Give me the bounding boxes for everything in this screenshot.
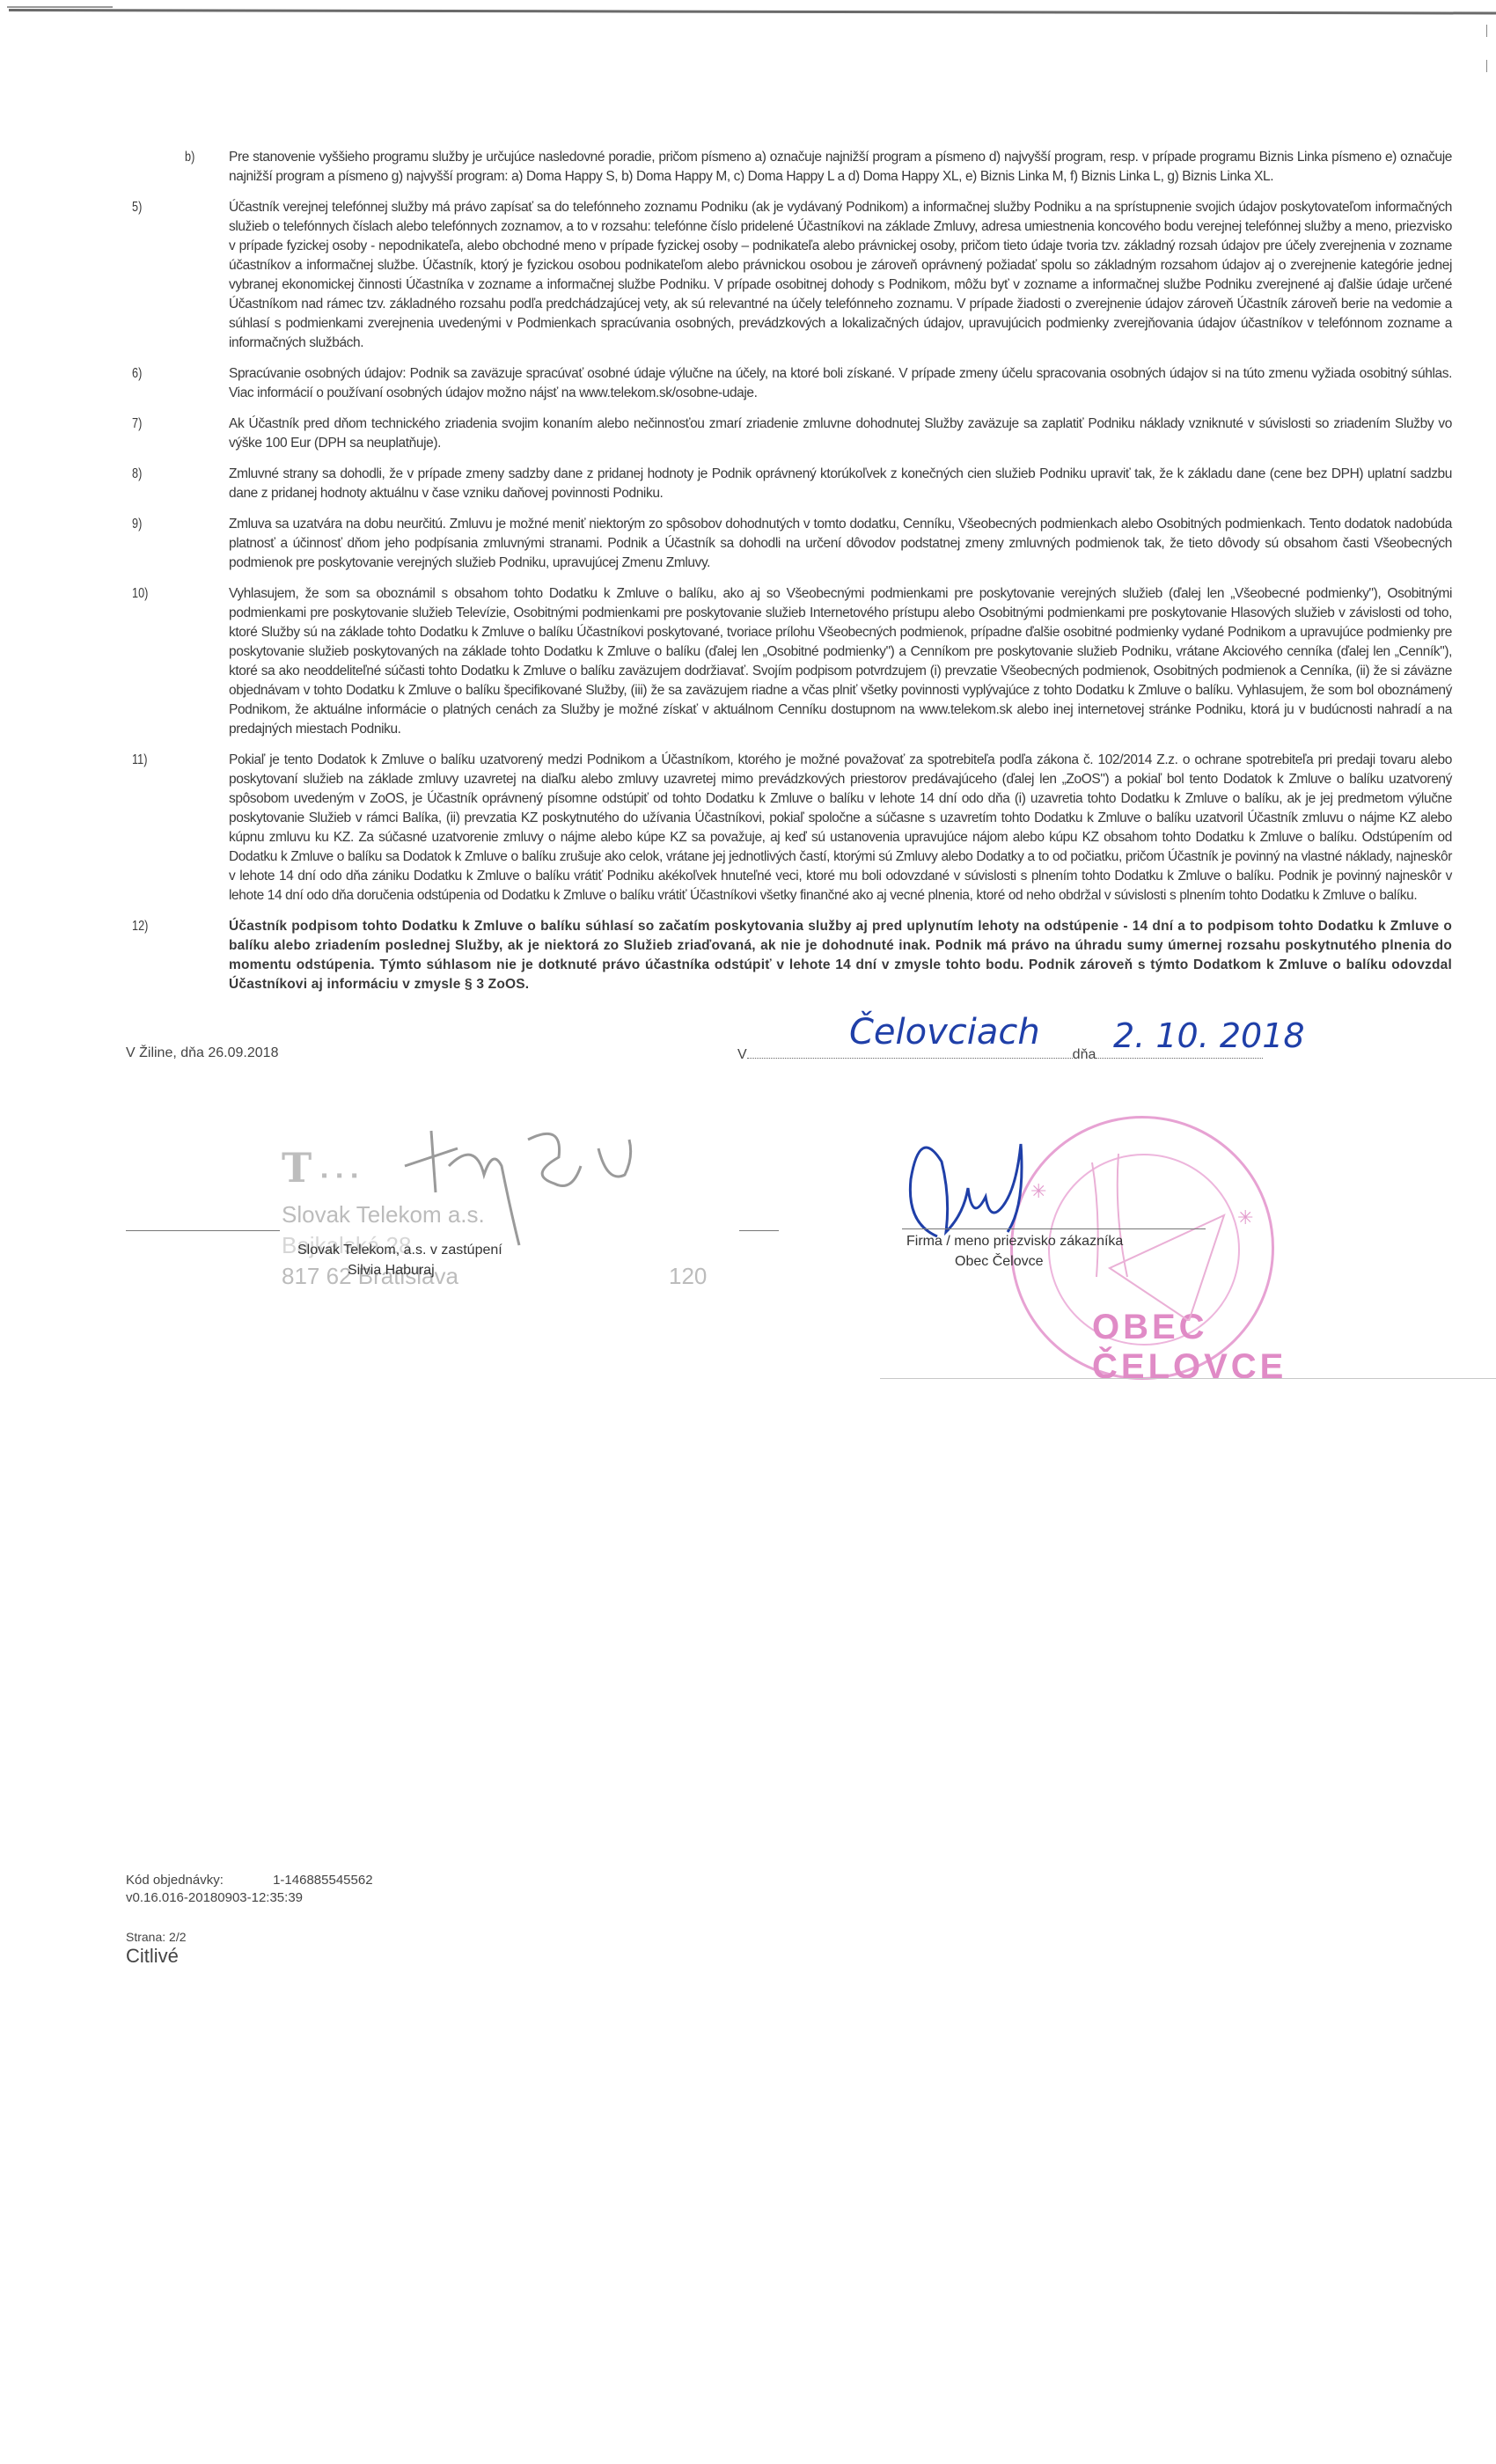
terms-list: 5)Účastník verejnej telefónnej služby má… <box>132 198 1452 994</box>
provider-handwritten-signature <box>396 1113 713 1254</box>
order-code-label: Kód objednávky: <box>126 1873 224 1888</box>
customer-signature-label: Firma / meno priezvisko zákazníka <box>906 1234 1123 1250</box>
provider-stamp-number: 120 <box>669 1263 707 1290</box>
item-text: Pre stanovenie vyššieho programu služby … <box>229 148 1452 187</box>
item-label: 7) <box>132 414 211 453</box>
telekom-logo-icon: T <box>282 1144 312 1192</box>
terms-item: 5)Účastník verejnej telefónnej služby má… <box>132 198 1452 353</box>
document-version: v0.16.016-20180903-12:35:39 <box>126 1890 303 1905</box>
item-text: Ak Účastník pred dňom technického zriade… <box>229 414 1452 453</box>
date-label: dňa <box>1073 1047 1096 1062</box>
terms-item: 6)Spracúvanie osobných údajov: Podnik sa… <box>132 364 1452 403</box>
terms-item: 12)Účastník podpisom tohto Dodatku k Zml… <box>132 917 1452 994</box>
terms-item: 11)Pokiaľ je tento Dodatok k Zmluve o ba… <box>132 751 1452 906</box>
terms-item: 9)Zmluva sa uzatvára na dobu neurčitú. Z… <box>132 515 1452 573</box>
stamp-wheat-emblem-icon <box>1057 1145 1233 1321</box>
contract-terms: b) Pre stanovenie vyššieho programu služ… <box>132 148 1452 1006</box>
provider-place-date: V Žiline, dňa 26.09.2018 <box>126 1045 278 1061</box>
scan-edge-tick <box>1486 60 1487 72</box>
place-prefix: V <box>737 1047 747 1062</box>
scan-top-border <box>9 9 1496 15</box>
item-text: Spracúvanie osobných údajov: Podnik sa z… <box>229 364 1452 403</box>
customer-name: Obec Čelovce <box>955 1254 1044 1270</box>
item-label: b) <box>185 148 221 187</box>
item-label: 9) <box>132 515 211 573</box>
terms-item: 8)Zmluvné strany sa dohodli, že v prípad… <box>132 465 1452 503</box>
item-label: 5) <box>132 198 211 353</box>
terms-sub-item-b: b) Pre stanovenie vyššieho programu služ… <box>185 148 1452 187</box>
item-text: Zmluvné strany sa dohodli, že v prípade … <box>229 465 1452 503</box>
handwritten-date: 2. 10. 2018 <box>1113 1016 1305 1055</box>
scan-fold-line <box>880 1378 1496 1379</box>
customer-handwritten-signature <box>902 1126 1034 1241</box>
page-number: Strana: 2/2 <box>126 1930 187 1944</box>
scan-edge-mark <box>7 6 113 8</box>
handwritten-place: Čelovciach <box>849 1012 1040 1052</box>
provider-signature-line <box>126 1230 280 1231</box>
provider-signer-company: Slovak Telekom, a.s. v zastúpení <box>297 1243 502 1258</box>
provider-signer-name: Silvia Haburaj <box>348 1263 435 1279</box>
telekom-logo-dots-icon: ▪▪▪ <box>321 1166 366 1186</box>
scan-edge-tick <box>1486 25 1487 37</box>
item-label: 8) <box>132 465 211 503</box>
item-text: Vyhlasujem, že som sa oboznámil s obsaho… <box>229 584 1452 739</box>
item-text: Zmluva sa uzatvára na dobu neurčitú. Zml… <box>229 515 1452 573</box>
item-text: Účastník podpisom tohto Dodatku k Zmluve… <box>229 917 1452 994</box>
item-label: 11) <box>132 751 211 906</box>
classification-label: Citlivé <box>126 1945 179 1968</box>
terms-item: 10)Vyhlasujem, že som sa oboznámil s obs… <box>132 584 1452 739</box>
item-label: 6) <box>132 364 211 403</box>
provider-signature-line-end <box>739 1230 779 1231</box>
stamp-star-icon: ✳ <box>1237 1206 1253 1229</box>
terms-item: 7)Ak Účastník pred dňom technického zria… <box>132 414 1452 453</box>
customer-signature-line <box>902 1228 1206 1229</box>
order-code-row: Kód objednávky: 1-146885545562 <box>126 1873 373 1888</box>
order-code-value: 1-146885545562 <box>273 1873 372 1888</box>
item-text: Pokiaľ je tento Dodatok k Zmluve o balík… <box>229 751 1452 906</box>
item-label: 12) <box>132 917 211 994</box>
item-text: Účastník verejnej telefónnej služby má p… <box>229 198 1452 353</box>
item-label: 10) <box>132 584 211 739</box>
